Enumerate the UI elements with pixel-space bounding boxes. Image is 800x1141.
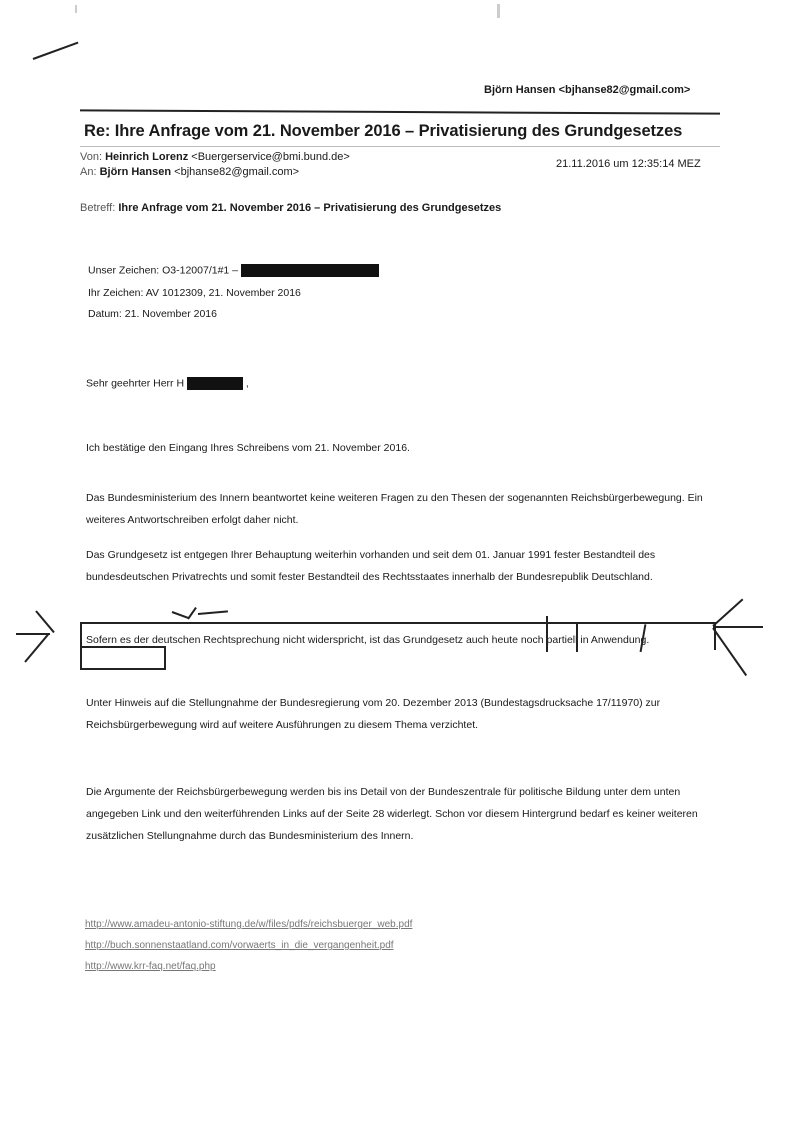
your-reference: Ihr Zeichen: AV 1012309, 21. November 20… [88,287,301,299]
highlight-box-line1 [80,622,716,650]
arrow-left-icon [712,598,743,626]
arrow-right-icon [24,634,49,663]
scan-speck [497,4,500,18]
betreff-label: Betreff: [80,202,115,214]
salutation-text: Sehr geehrter Herr H [86,377,184,389]
account-header: Björn Hansen <bjhanse82@gmail.com> [484,84,690,96]
to-name: Björn Hansen [100,166,172,178]
date-label: Datum: [88,308,122,320]
paragraph-no-further-answers: Das Bundesministerium des Innern beantwo… [86,487,726,531]
your-ref-value: AV 1012309, 21. November 2016 [146,287,301,299]
to-label: An: [80,166,97,178]
from-address[interactable]: <Buergerservice@bmi.bund.de> [191,151,350,163]
header-divider [80,146,720,147]
email-date: 21.11.2016 um 12:35:14 MEZ [556,158,701,170]
to-line: An: Björn Hansen <bjhanse82@gmail.com> [80,166,299,178]
your-ref-label: Ihr Zeichen: [88,287,143,299]
date-value: 21. November 2016 [125,308,217,320]
our-ref-value: O3-12007/1#1 – [162,264,238,276]
from-name: Heinrich Lorenz [105,151,188,163]
arrow-left-icon [713,626,763,628]
link-sonnenstaatland[interactable]: http://buch.sonnenstaatland.com/vorwaert… [85,935,412,956]
email-subject: Re: Ihre Anfrage vom 21. November 2016 –… [84,122,682,141]
link-amadeu-antonio[interactable]: http://www.amadeu-antonio-stiftung.de/w/… [85,914,412,935]
betreff-text: Ihre Anfrage vom 21. November 2016 – Pri… [118,202,501,214]
betreff-line: Betreff: Ihre Anfrage vom 21. November 2… [80,202,501,214]
link-krr-faq[interactable]: http://www.krr-faq.net/faq.php [85,956,412,977]
redaction-block [241,264,379,277]
paragraph-stellungnahme: Unter Hinweis auf die Stellungnahme der … [86,692,716,736]
checkmark-tail [198,610,228,615]
paragraph-confirmation: Ich bestätige den Eingang Ihres Schreibe… [86,437,736,459]
highlight-box-line2 [80,646,166,670]
paragraph-grundgesetz: Das Grundgesetz ist entgegen Ihrer Behau… [86,544,736,588]
word-divider [576,622,578,652]
redaction-block [187,377,243,390]
to-address[interactable]: <bjhanse82@gmail.com> [174,166,299,178]
checkmark-icon [187,607,197,620]
from-label: Von: [80,151,102,163]
header-rule [80,109,720,114]
our-reference: Unser Zeichen: O3-12007/1#1 – [88,264,379,277]
paragraph-bpb: Die Argumente der Reichsbürgerbewegung w… [86,781,726,847]
salutation: Sehr geehrter Herr H , [86,377,249,390]
scan-speck [75,5,77,13]
arrow-right-icon [35,610,55,633]
pen-stroke [33,42,79,60]
letter-date: Datum: 21. November 2016 [88,308,217,320]
arrow-left-icon [712,627,747,676]
salutation-comma: , [246,377,249,389]
word-divider [546,616,548,652]
from-line: Von: Heinrich Lorenz <Buergerservice@bmi… [80,151,350,163]
link-list: http://www.amadeu-antonio-stiftung.de/w/… [85,914,412,977]
our-ref-label: Unser Zeichen: [88,264,159,276]
